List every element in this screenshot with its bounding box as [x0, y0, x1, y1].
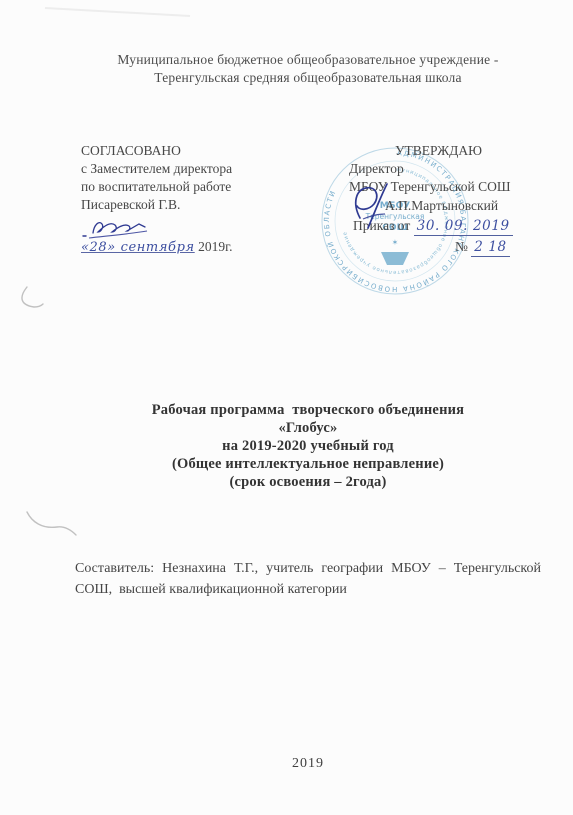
agreed-person: Писаревской Г.В.: [81, 196, 311, 214]
header-line-2: Теренгульская средняя общеобразовательна…: [75, 69, 541, 87]
agreed-handwritten-date: «28» сентября: [81, 240, 195, 255]
title-line-1: Рабочая программа творческого объединени…: [75, 401, 541, 419]
agreed-signature-row: [81, 216, 311, 238]
agreed-block: СОГЛАСОВАНО с Заместителем директора по …: [81, 142, 311, 257]
approved-block: УТВЕРЖДАЮ Директор МБОУ Теренгульской СО…: [349, 142, 549, 256]
agreed-line-1: с Заместителем директора: [81, 160, 311, 178]
scan-streak-top: [45, 8, 190, 16]
document-header: Муниципальное бюджетное общеобразователь…: [75, 51, 541, 86]
approved-order-row: Приказ от 30. 09. 2019: [353, 217, 549, 235]
approved-order-date-handwritten: 30. 09. 2019: [414, 218, 513, 236]
title-line-5: (срок освоения – 2года): [75, 473, 541, 491]
approved-heading: УТВЕРЖДАЮ: [395, 142, 549, 160]
approved-number-row: № 2 18: [455, 238, 549, 256]
agreed-heading: СОГЛАСОВАНО: [81, 142, 311, 160]
compiler-line-1: Составитель: Незнахина Т.Г., учитель гео…: [75, 559, 541, 580]
compiler-paragraph: Составитель: Незнахина Т.Г., учитель гео…: [75, 559, 541, 600]
footer-year: 2019: [75, 756, 541, 772]
scanned-document-page: Муниципальное бюджетное общеобразователь…: [0, 0, 573, 815]
approved-number-handwritten: 2 18: [471, 239, 509, 257]
approved-number-label: №: [455, 239, 468, 254]
approved-role: Директор: [349, 160, 549, 178]
program-title: Рабочая программа творческого объединени…: [75, 401, 541, 491]
title-line-2: «Глобус»: [75, 419, 541, 437]
agreed-signature-scribble-icon: [81, 216, 191, 242]
approved-order-label: Приказ от: [353, 218, 410, 233]
agreed-line-2: по воспитательной работе: [81, 178, 311, 196]
title-line-4: (Общее интеллектуальное неправление): [75, 455, 541, 473]
approved-signer: А.П.Мартыновский: [385, 197, 549, 215]
scan-mark-left-upper: [22, 287, 43, 307]
title-line-3: на 2019-2020 учебный год: [75, 437, 541, 455]
compiler-line-2: СОШ, высшей квалификационной категории: [75, 580, 541, 601]
agreed-date-year: 2019г.: [198, 239, 232, 254]
scan-mark-left-lower: [27, 512, 76, 535]
approved-org: МБОУ Теренгульской СОШ: [349, 178, 549, 196]
header-line-1: Муниципальное бюджетное общеобразователь…: [75, 51, 541, 69]
